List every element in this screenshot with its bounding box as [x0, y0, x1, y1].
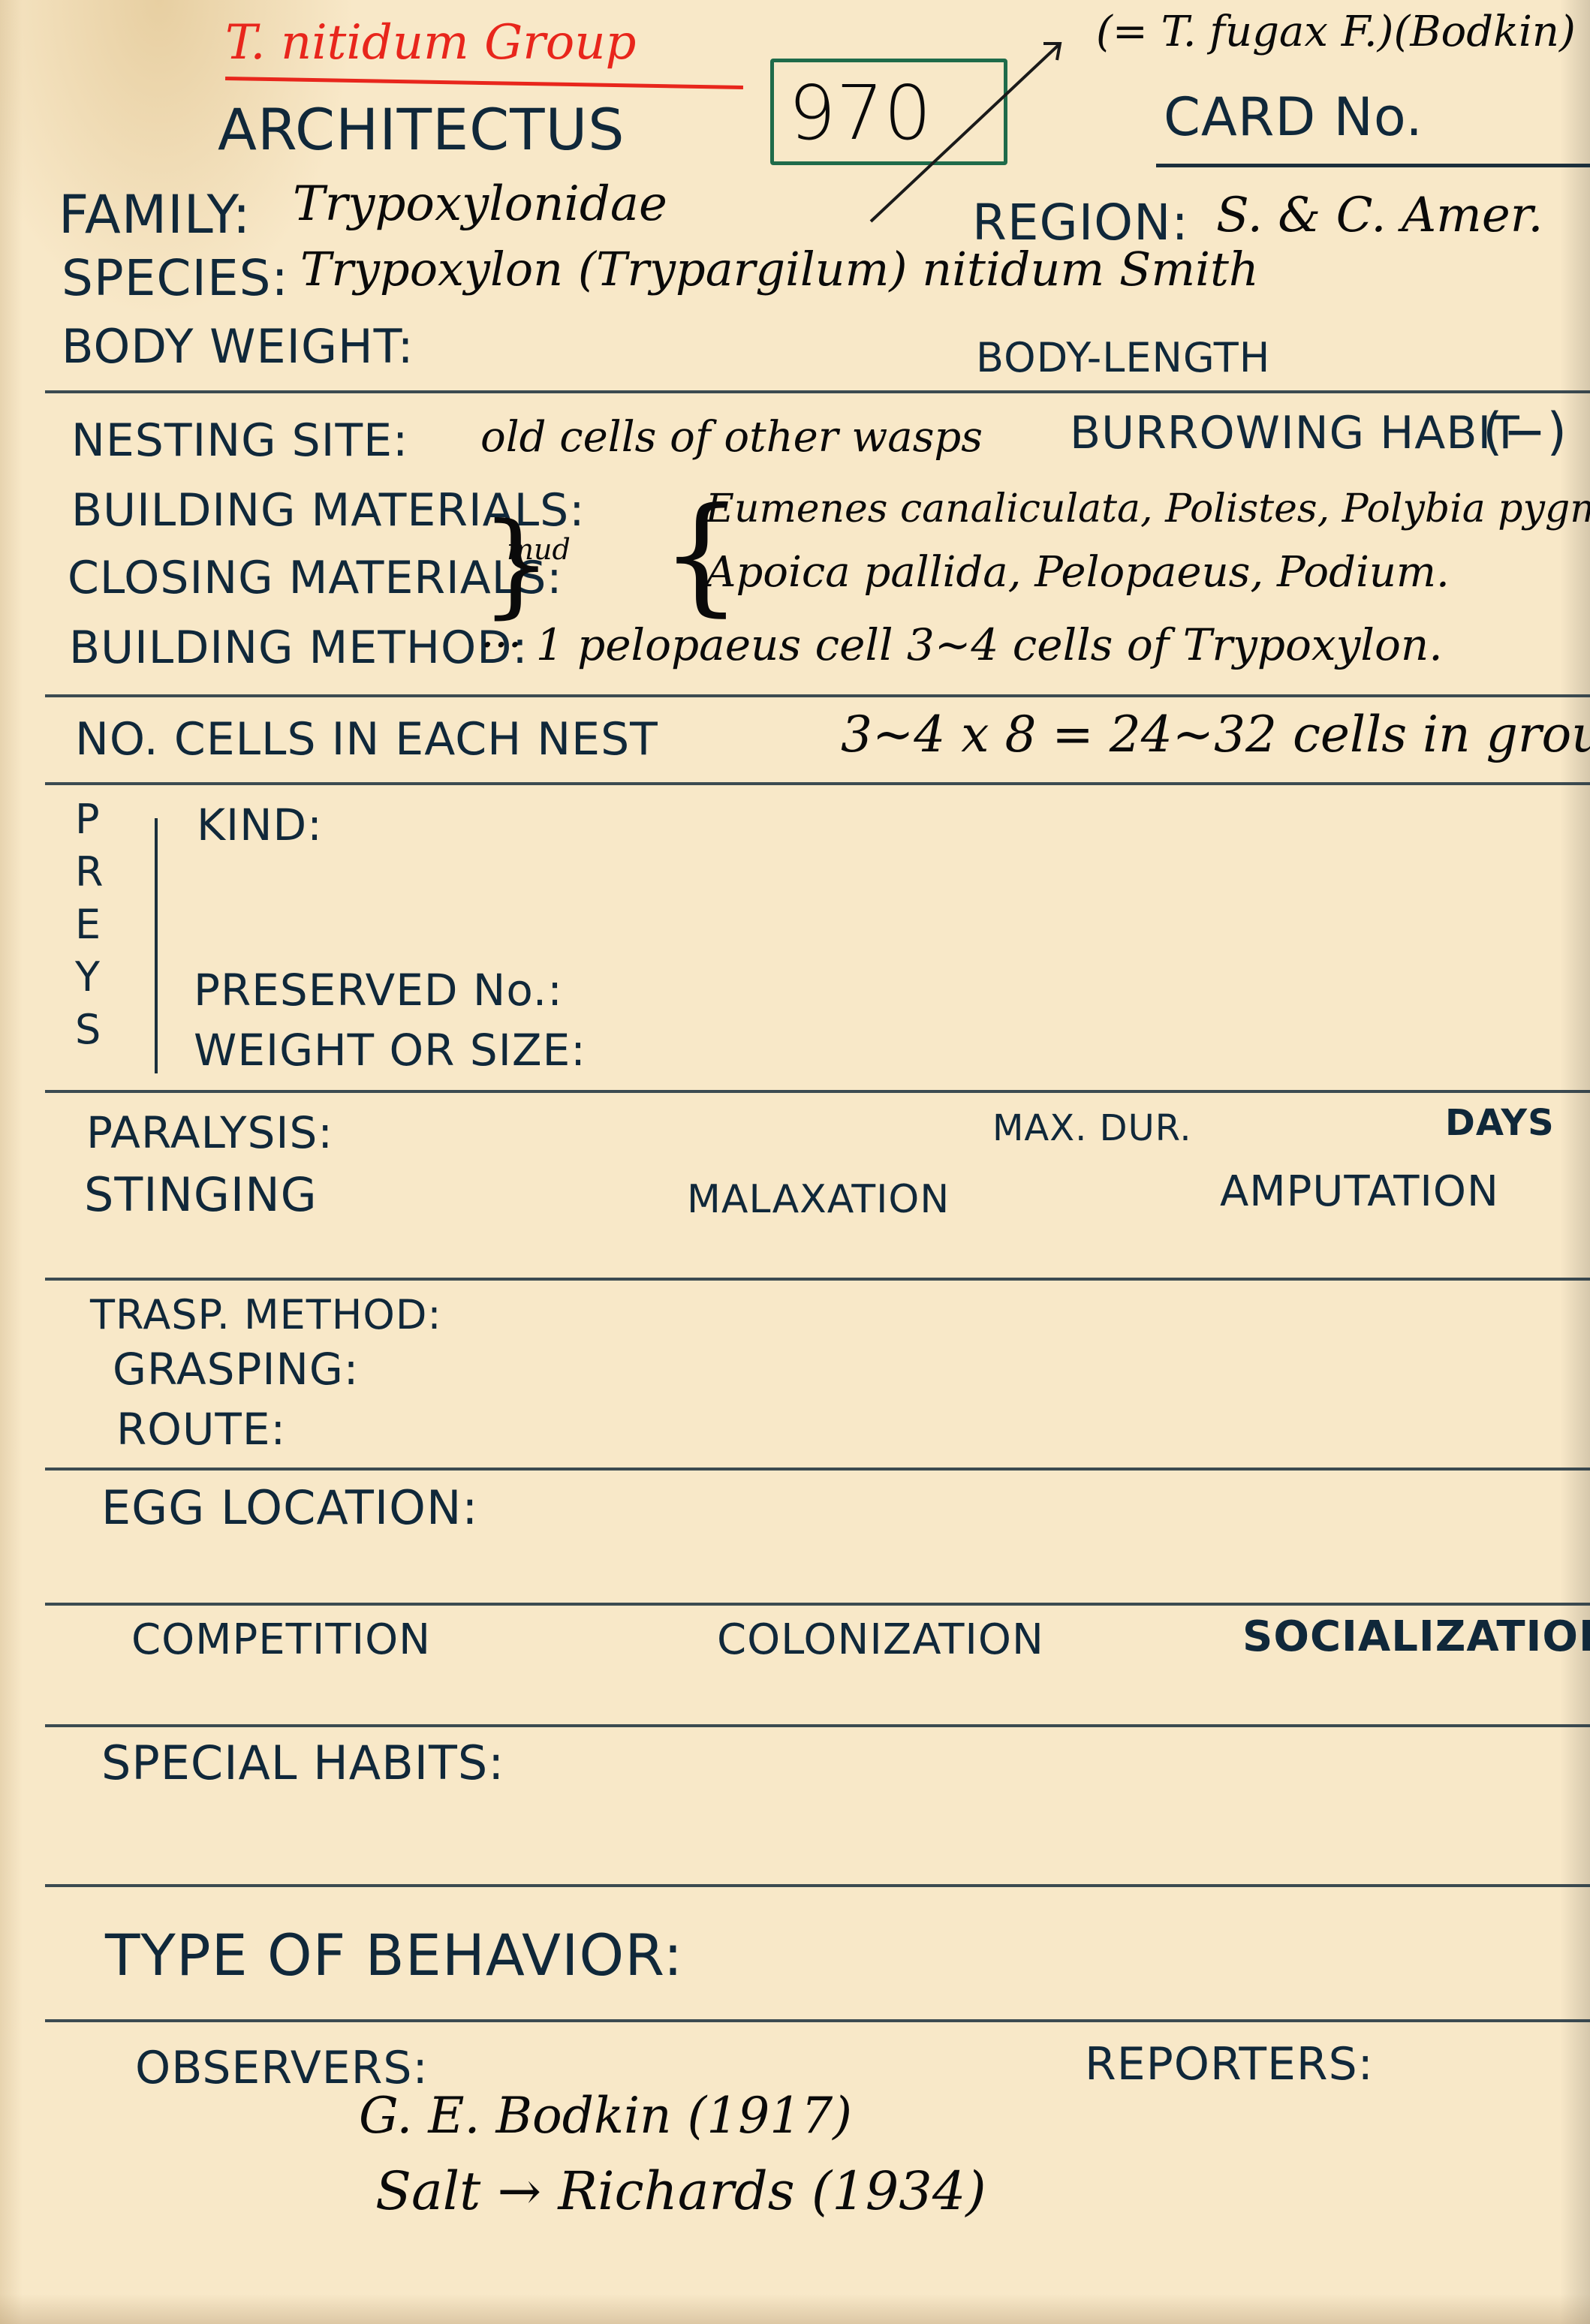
preys-letter: S: [75, 1006, 101, 1053]
max-duration-label: MAX. DUR.: [992, 1107, 1192, 1149]
preys-letter: Y: [75, 953, 100, 1001]
days-label: DAYS: [1445, 1102, 1555, 1144]
observer-1: G. E. Bodkin (1917): [359, 2087, 852, 2145]
colonization-label: COLONIZATION: [717, 1615, 1044, 1664]
group-underline: [225, 77, 743, 89]
section-divider: [45, 1468, 1590, 1471]
paralysis-label: PARALYSIS:: [86, 1107, 333, 1158]
card-number: 970: [788, 69, 932, 157]
preys-letter: E: [75, 901, 101, 948]
prey-kind-label: KIND:: [197, 799, 323, 850]
prey-weight-label: WEIGHT OR SIZE:: [194, 1025, 586, 1076]
family-label: FAMILY:: [59, 184, 251, 245]
section-divider: [45, 390, 1590, 393]
section-divider: [45, 782, 1590, 785]
malaxation-label: MALAXATION: [687, 1177, 950, 1222]
section-divider: [45, 1603, 1590, 1606]
amputation-label: AMPUTATION: [1220, 1167, 1499, 1216]
preys-letter: R: [75, 848, 104, 896]
card-no-rule: [1156, 164, 1590, 167]
route-label: ROUTE:: [116, 1404, 286, 1455]
section-divider: [45, 2019, 1590, 2022]
region-value: S. & C. Amer.: [1216, 188, 1543, 243]
socialization-label: SOCIALIZATION: [1242, 1612, 1590, 1661]
synonym-note: (= T. fugax F.)(Bodkin): [1096, 8, 1576, 56]
special-habits-label: SPECIAL HABITS:: [101, 1735, 504, 1790]
card-type-title: ARCHITECTUS: [218, 96, 625, 163]
section-divider: [45, 1090, 1590, 1093]
species-value: Trypoxylon (Trypargilum) nitidum Smith: [300, 242, 1259, 297]
index-card: T. nitidum Group ARCHITECTUS 970 (= T. f…: [0, 0, 1590, 2324]
building-method-value: ··· 1 pelopaeus cell 3~4 cells of Trypox…: [480, 619, 1443, 670]
body-length-label: BODY-LENGTH: [976, 334, 1270, 381]
section-divider: [45, 1724, 1590, 1727]
reporters-label: REPORTERS:: [1085, 2038, 1374, 2091]
host-nests-line-1: Eumenes canaliculata, Polistes, Polybia …: [706, 486, 1590, 531]
prey-preserved-label: PRESERVED No.:: [194, 965, 563, 1016]
host-nests-line-2: Apoica pallida, Pelopaeus, Podium.: [706, 548, 1450, 597]
section-divider: [45, 1278, 1590, 1281]
materials-brace-icon: }: [480, 499, 552, 630]
transport-method-label: TRASP. METHOD:: [90, 1291, 442, 1338]
cells-value: 3~4 x 8 = 24~32 cells in group.: [841, 706, 1590, 763]
egg-location-label: EGG LOCATION:: [101, 1480, 478, 1535]
cells-label: NO. CELLS IN EACH NEST: [75, 713, 658, 766]
type-of-behavior-label: TYPE OF BEHAVIOR:: [105, 1922, 683, 1988]
observer-2: Salt → Richards (1934): [375, 2160, 986, 2222]
burrowing-habit-label: BURROWING HABIT: [1070, 407, 1520, 459]
section-divider: [45, 1884, 1590, 1887]
competition-label: COMPETITION: [131, 1615, 431, 1664]
stinging-label: STINGING: [84, 1167, 318, 1222]
family-value: Trypoxylonidae: [293, 176, 667, 232]
building-method-label: BUILDING METHOD:: [69, 622, 528, 674]
nesting-site-value: old cells of other wasps: [480, 413, 983, 462]
preys-letter: P: [75, 796, 100, 843]
grasping-label: GRASPING:: [113, 1344, 359, 1395]
preys-separator: [155, 818, 158, 1073]
card-no-label: CARD No.: [1164, 86, 1423, 148]
burrowing-habit-value: (−): [1483, 402, 1567, 462]
body-weight-label: BODY WEIGHT:: [62, 319, 414, 374]
group-annotation: T. nitidum Group: [225, 15, 637, 71]
species-label: SPECIES:: [62, 249, 289, 307]
section-divider: [45, 694, 1590, 697]
nesting-site-label: NESTING SITE:: [71, 414, 408, 467]
